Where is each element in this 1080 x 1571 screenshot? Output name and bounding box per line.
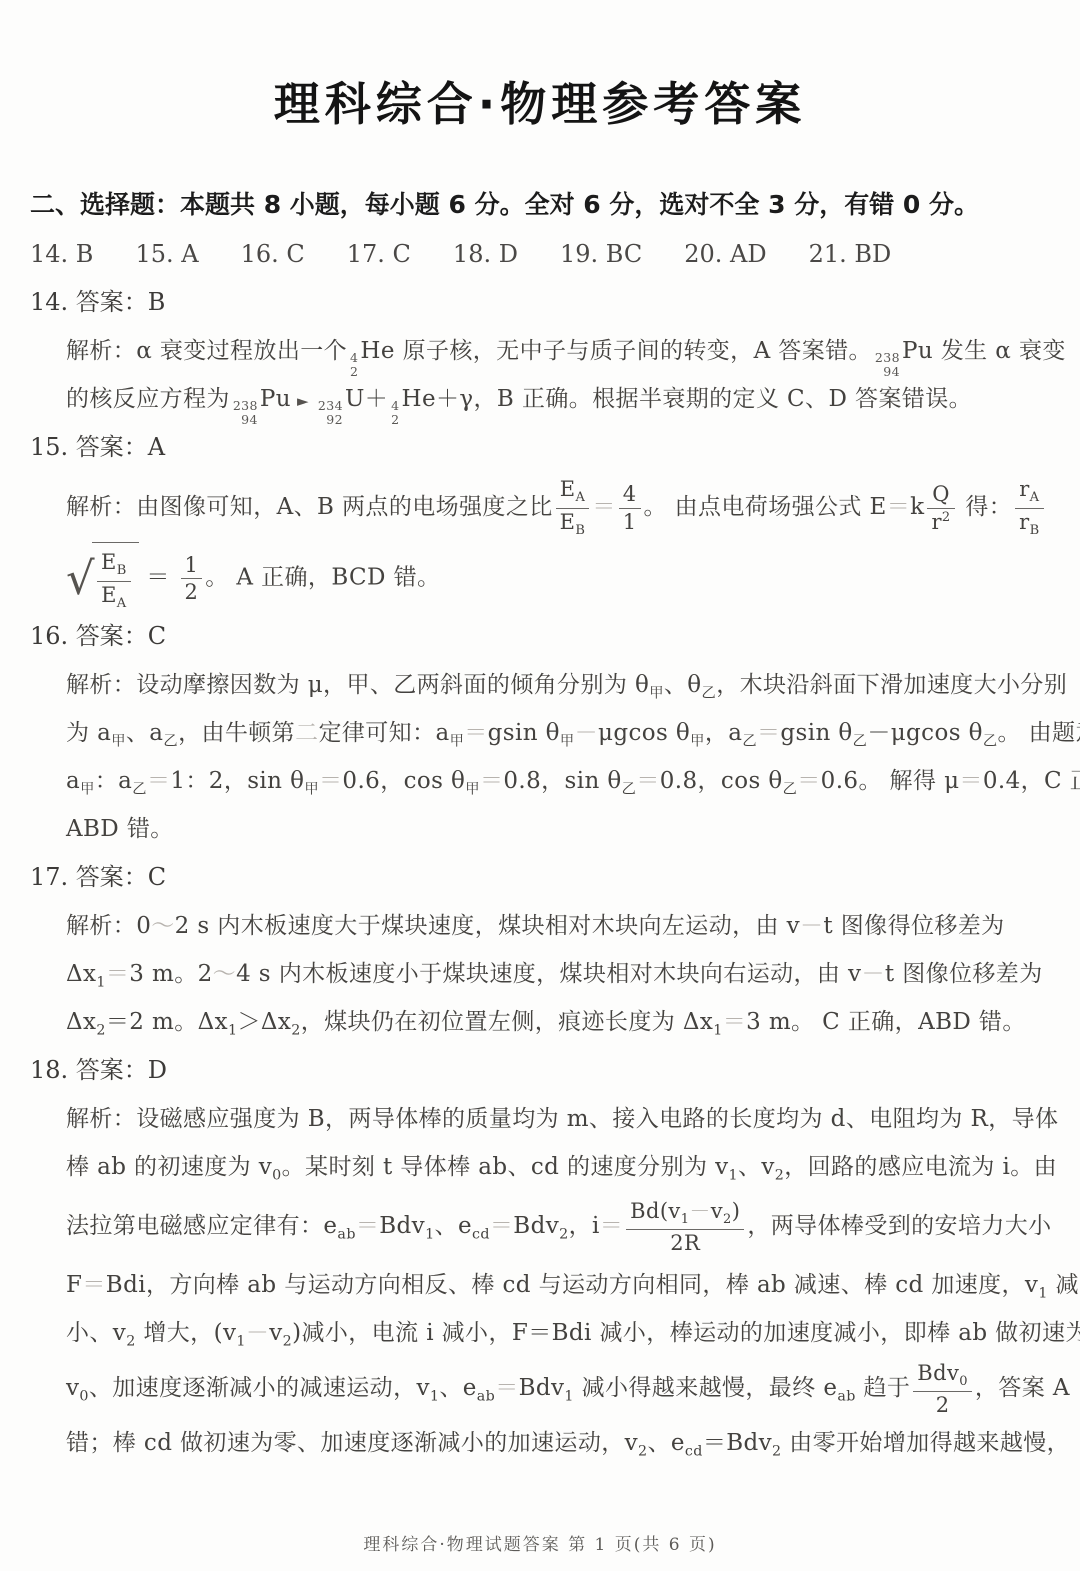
question-14: 14. 答案：B 解析：α 衰变过程放出一个42He 原子核，无中子与质子间的转… — [30, 278, 1050, 423]
question-16: 16. 答案：C 解析：设动摩擦因数为 μ，甲、乙两斜面的倾角分别为 θ甲、θ乙… — [30, 612, 1050, 853]
question-18-line-5: 小、v2 增大，(v1－v2)减小，电流 i 减小，F＝Bdi 减小，棒运动的加… — [66, 1309, 1050, 1357]
answer-item-15: 15. A — [135, 240, 198, 268]
question-17-answer: 17. 答案：C — [30, 853, 1050, 902]
answers-summary-row: 14. B15. A16. C17. C18. D19. BC20. AD21.… — [30, 230, 1050, 278]
question-15: 15. 答案：A 解析：由图像可知，A、B 两点的电场强度之比EAEB＝41。 … — [30, 423, 1050, 612]
question-18-line-4: F＝Bdi，方向棒 ab 与运动方向相反、棒 cd 与运动方向相同，棒 ab 减… — [66, 1261, 1050, 1309]
question-18: 18. 答案：D 解析：设磁感应强度为 B，两导体棒的质量均为 m、接入电路的长… — [30, 1046, 1050, 1467]
question-14-answer: 14. 答案：B — [30, 278, 1050, 327]
question-16-line-2: 为 a甲、a乙，由牛顿第二定律可知：a甲＝gsin θ甲－μgcos θ甲，a乙… — [66, 709, 1050, 757]
question-18-line-3: 法拉第电磁感应定律有：eab＝Bdv1、ecd＝Bdv2，i＝Bd(v1－v2)… — [66, 1191, 1050, 1261]
question-14-line-1: 解析：α 衰变过程放出一个42He 原子核，无中子与质子间的转变，A 答案错。2… — [66, 327, 1050, 375]
question-16-answer: 16. 答案：C — [30, 612, 1050, 661]
question-18-line-6: v0、加速度逐渐减小的减速运动，v1、eab＝Bdv1 减小得越来越慢，最终 e… — [66, 1357, 1050, 1419]
question-18-line-2: 棒 ab 的初速度为 v0。某时刻 t 导体棒 ab、cd 的速度分别为 v1、… — [66, 1143, 1050, 1191]
answer-item-17: 17. C — [347, 240, 411, 268]
question-15-line-2: √EBEA ＝ 12。 A 正确，BCD 错。 — [66, 542, 1050, 612]
question-16-line-4: ABD 错。 — [66, 805, 1050, 853]
section-header: 二、选择题：本题共 8 小题，每小题 6 分。全对 6 分，选对不全 3 分，有… — [30, 180, 1050, 230]
page-title: 理科综合·物理参考答案 — [0, 68, 1080, 134]
question-14-line-2: 的核反应方程为23894Pu►23492U＋42He＋γ，B 正确。根据半衰期的… — [66, 375, 1050, 423]
question-18-answer: 18. 答案：D — [30, 1046, 1050, 1095]
question-18-line-1: 解析：设磁感应强度为 B，两导体棒的质量均为 m、接入电路的长度均为 d、电阻均… — [66, 1095, 1050, 1143]
answer-item-21: 21. BD — [809, 240, 892, 268]
answer-item-20: 20. AD — [684, 240, 766, 268]
answer-item-19: 19. BC — [560, 240, 642, 268]
page-footer: 理科综合·物理试题答案 第 1 页(共 6 页) — [0, 1530, 1080, 1555]
question-15-line-1: 解析：由图像可知，A、B 两点的电场强度之比EAEB＝41。 由点电荷场强公式 … — [66, 472, 1050, 542]
question-16-line-1: 解析：设动摩擦因数为 μ，甲、乙两斜面的倾角分别为 θ甲、θ乙，木块沿斜面下滑加… — [66, 661, 1050, 709]
question-17-line-3: Δx2＝2 m。Δx1＞Δx2，煤块仍在初位置左侧，痕迹长度为 Δx1＝3 m。… — [66, 998, 1050, 1046]
answer-item-14: 14. B — [30, 240, 93, 268]
question-17-line-2: Δx1＝3 m。2～4 s 内木板速度小于煤块速度，煤块相对木块向右运动，由 v… — [66, 950, 1050, 998]
question-15-answer: 15. 答案：A — [30, 423, 1050, 472]
page-content: 二、选择题：本题共 8 小题，每小题 6 分。全对 6 分，选对不全 3 分，有… — [0, 134, 1080, 1467]
answer-item-16: 16. C — [241, 240, 305, 268]
question-16-line-3: a甲：a乙＝1：2，sin θ甲＝0.6，cos θ甲＝0.8，sin θ乙＝0… — [66, 757, 1050, 805]
answer-sheet-page: 理科综合·物理参考答案 二、选择题：本题共 8 小题，每小题 6 分。全对 6 … — [0, 0, 1080, 1571]
question-17: 17. 答案：C 解析：0～2 s 内木板速度大于煤块速度，煤块相对木块向左运动… — [30, 853, 1050, 1046]
question-17-line-1: 解析：0～2 s 内木板速度大于煤块速度，煤块相对木块向左运动，由 v－t 图像… — [66, 902, 1050, 950]
question-18-line-7: 错；棒 cd 做初速为零、加速度逐渐减小的加速运动，v2、ecd＝Bdv2 由零… — [66, 1419, 1050, 1467]
answer-item-18: 18. D — [453, 240, 518, 268]
